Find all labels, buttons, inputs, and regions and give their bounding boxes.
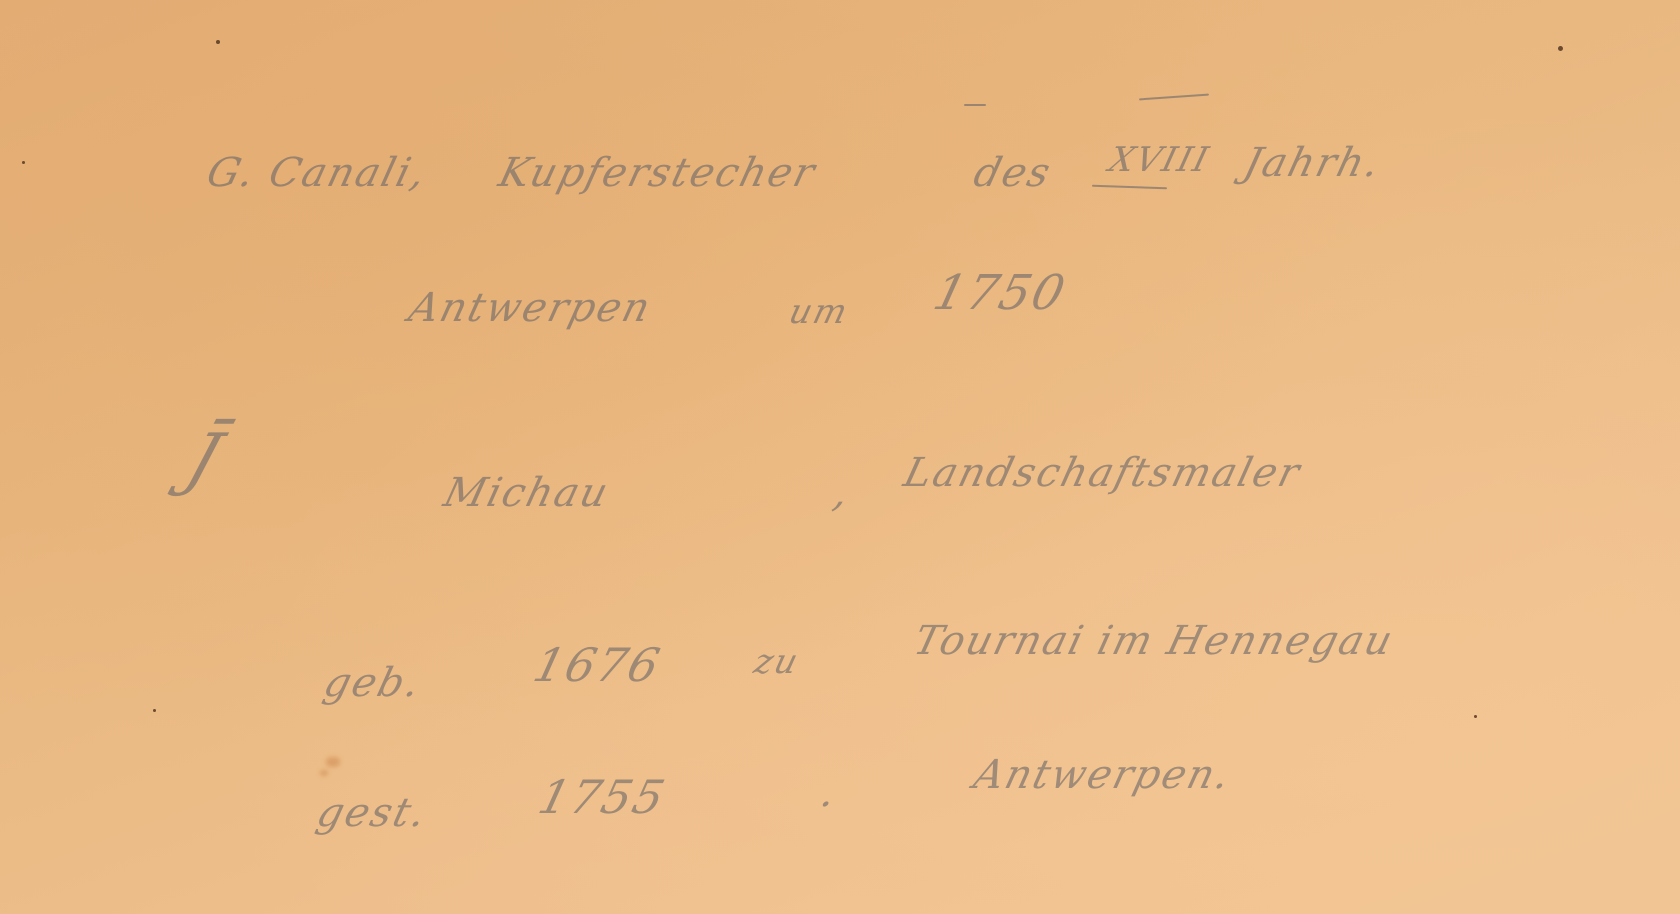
note-text-period: . [816, 770, 842, 816]
aged-paper-sheet: G. Canali, Kupferstecher des XVIII Jahrh… [0, 0, 1680, 914]
note-text-zu: zu [750, 642, 804, 682]
des-overline [964, 104, 986, 106]
century-overline [1139, 94, 1209, 101]
note-text-occupation: Kupferstecher [494, 150, 821, 196]
note-text-artist-name: G. Canali, [202, 150, 432, 196]
note-text-death-year: 1755 [533, 770, 672, 824]
note-text-profession: Landschaftsmaler [899, 450, 1306, 496]
note-text-um: um [785, 292, 853, 332]
note-text-birthplace: Tournai im Hennegau [909, 618, 1399, 664]
paper-stain [326, 757, 340, 767]
note-text-comma: , [829, 470, 855, 516]
note-text-painter-name: Michau [439, 470, 614, 516]
note-text-jahrh: Jahrh. [1239, 140, 1386, 186]
note-text-year: 1750 [928, 265, 1072, 321]
paper-speck [22, 161, 25, 164]
note-text-des: des [969, 150, 1056, 196]
paper-speck [1558, 46, 1563, 51]
note-text-geb: geb. [319, 660, 426, 706]
note-text-century: XVIII [1105, 140, 1214, 180]
paper-stain [320, 770, 328, 776]
century-underline [1092, 185, 1167, 190]
note-text-gest: gest. [312, 790, 432, 836]
note-text-city: Antwerpen [404, 285, 656, 331]
paper-speck [216, 40, 220, 44]
paper-speck [153, 709, 156, 712]
note-text-death-place: Antwerpen. [969, 752, 1236, 798]
monogram-mark: J̄ [177, 420, 230, 499]
paper-speck [1474, 715, 1477, 718]
note-text-birth-year: 1676 [528, 638, 667, 692]
